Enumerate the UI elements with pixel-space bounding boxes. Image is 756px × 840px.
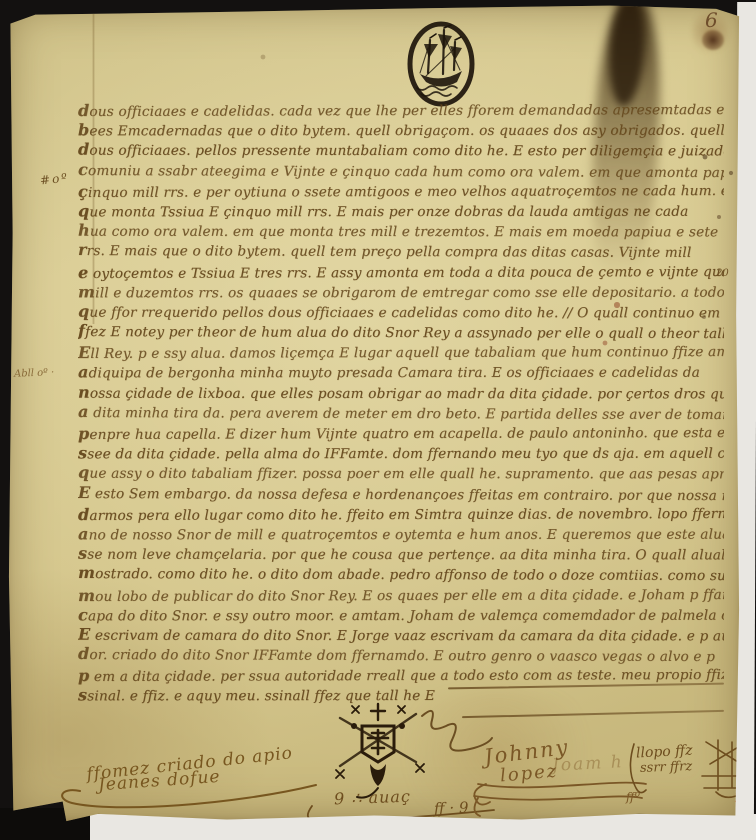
manuscript-line: E escrivam de camara do dito Snor. E Jor…	[78, 625, 724, 646]
manuscript-line: sse nom leve chamçelaria. por que he cou…	[78, 544, 724, 565]
signature-far-right-paraph: ffº	[626, 790, 640, 804]
manuscript-line: ssee da dita çidade. pella alma do IFFam…	[78, 443, 724, 464]
notary-subscription-right: ff · 9	[434, 798, 469, 817]
signature-far-right-line2: ssrr ffrz	[640, 759, 693, 776]
manuscript-line: penpre hua capella. E dizer hum Vijnte q…	[78, 422, 724, 444]
parchment-sheet: 6 dous officiaaes e cadelidas. cada vez …	[6, 4, 742, 822]
manuscript-line: adiquipa de bergonha minha muyto presada…	[78, 362, 724, 383]
ink-stain-right-top	[606, 0, 648, 107]
manuscript-line: hua como ora valem. em que monta tres mi…	[78, 221, 724, 242]
manuscript-line: Ell Rey. p e ssy alua. damos liçemça E l…	[78, 341, 724, 363]
manuscript-line: dous officiaaes. pellos pressente muntab…	[78, 140, 724, 161]
manuscript-line: e oytoçemtos e Tssiua E tres rrs. E assy…	[78, 260, 724, 282]
notary-subscription-left: 9 ∴ auaç	[334, 787, 411, 809]
manuscript-line: E esto Sem embargo. da nossa defesa e ho…	[78, 483, 724, 505]
manuscript-line: comuniu a ssabr ateegima e Vijnte e çinq…	[78, 160, 724, 182]
manuscript-line: rrs. E mais que o dito bytem. quell tem …	[78, 240, 724, 262]
manuscript-line: que ffor rrequerido pellos dous officiaa…	[78, 302, 724, 323]
manuscript-line: bees Emcadernadas que o dito bytem. quel…	[78, 120, 724, 141]
manuscript-line: dor. criado do dito Snor IFFamte dom ffe…	[78, 644, 724, 666]
manuscript-line: capa do dito Snor. e ssy outro moor. e a…	[78, 604, 724, 625]
manuscript-line: ano de nosso Snor de mill e quatroçemtos…	[78, 524, 724, 545]
margin-note-mid: Abll oº ·	[14, 367, 55, 379]
manuscript-line: a dita minha tira da. pera averem de met…	[78, 402, 724, 424]
photograph-mount: 6 dous officiaaes e cadelidas. cada vez …	[0, 0, 756, 840]
manuscript-line: nossa çidade de lixboa. que elles posam …	[78, 382, 724, 403]
manuscript-line: que assy o dito tabaliam ffizer. possa p…	[78, 463, 724, 484]
folio-blot	[702, 30, 724, 50]
manuscript-line: dous officiaaes e cadelidas. cada vez qu…	[78, 100, 724, 121]
folio-number: 6	[705, 8, 718, 32]
ship-seal-icon	[400, 18, 482, 112]
manuscript-line: p em a dita çidade. per ssua autoridade …	[78, 664, 724, 686]
interline-numeral: 20	[716, 268, 729, 279]
manuscript-line: mou lobo de publicar do dito Snor Rey. E…	[78, 583, 724, 605]
manuscript-line: mill e duzemtos rrs. os quaaes se obriga…	[78, 281, 724, 302]
manuscript-line: ssinal. e ffiz. e aquy meu. ssinall ffez…	[78, 685, 724, 706]
manuscript-line: que monta Tssiua E çinquo mill rrs. E ma…	[78, 201, 724, 222]
manuscript-line: mostrado. como dito he. o dito dom abade…	[78, 563, 724, 585]
manuscript-line: çinquo mill rrs. e per oytiuna o ssete a…	[78, 180, 724, 202]
line-filler-stroke	[462, 710, 724, 718]
manuscript-line: ffez E notey per theor de hum alua do di…	[78, 321, 724, 343]
manuscript-text-block: dous officiaaes e cadelidas. cada vez qu…	[78, 100, 724, 708]
backing-paper-bottom	[58, 814, 756, 840]
manuscript-line: darmos pera ello lugar como dito he. ffe…	[78, 503, 724, 525]
signature-right-last-name: lopez	[499, 761, 559, 787]
fox-spots	[6, 4, 8, 6]
margin-note-top: #oº	[39, 171, 69, 188]
